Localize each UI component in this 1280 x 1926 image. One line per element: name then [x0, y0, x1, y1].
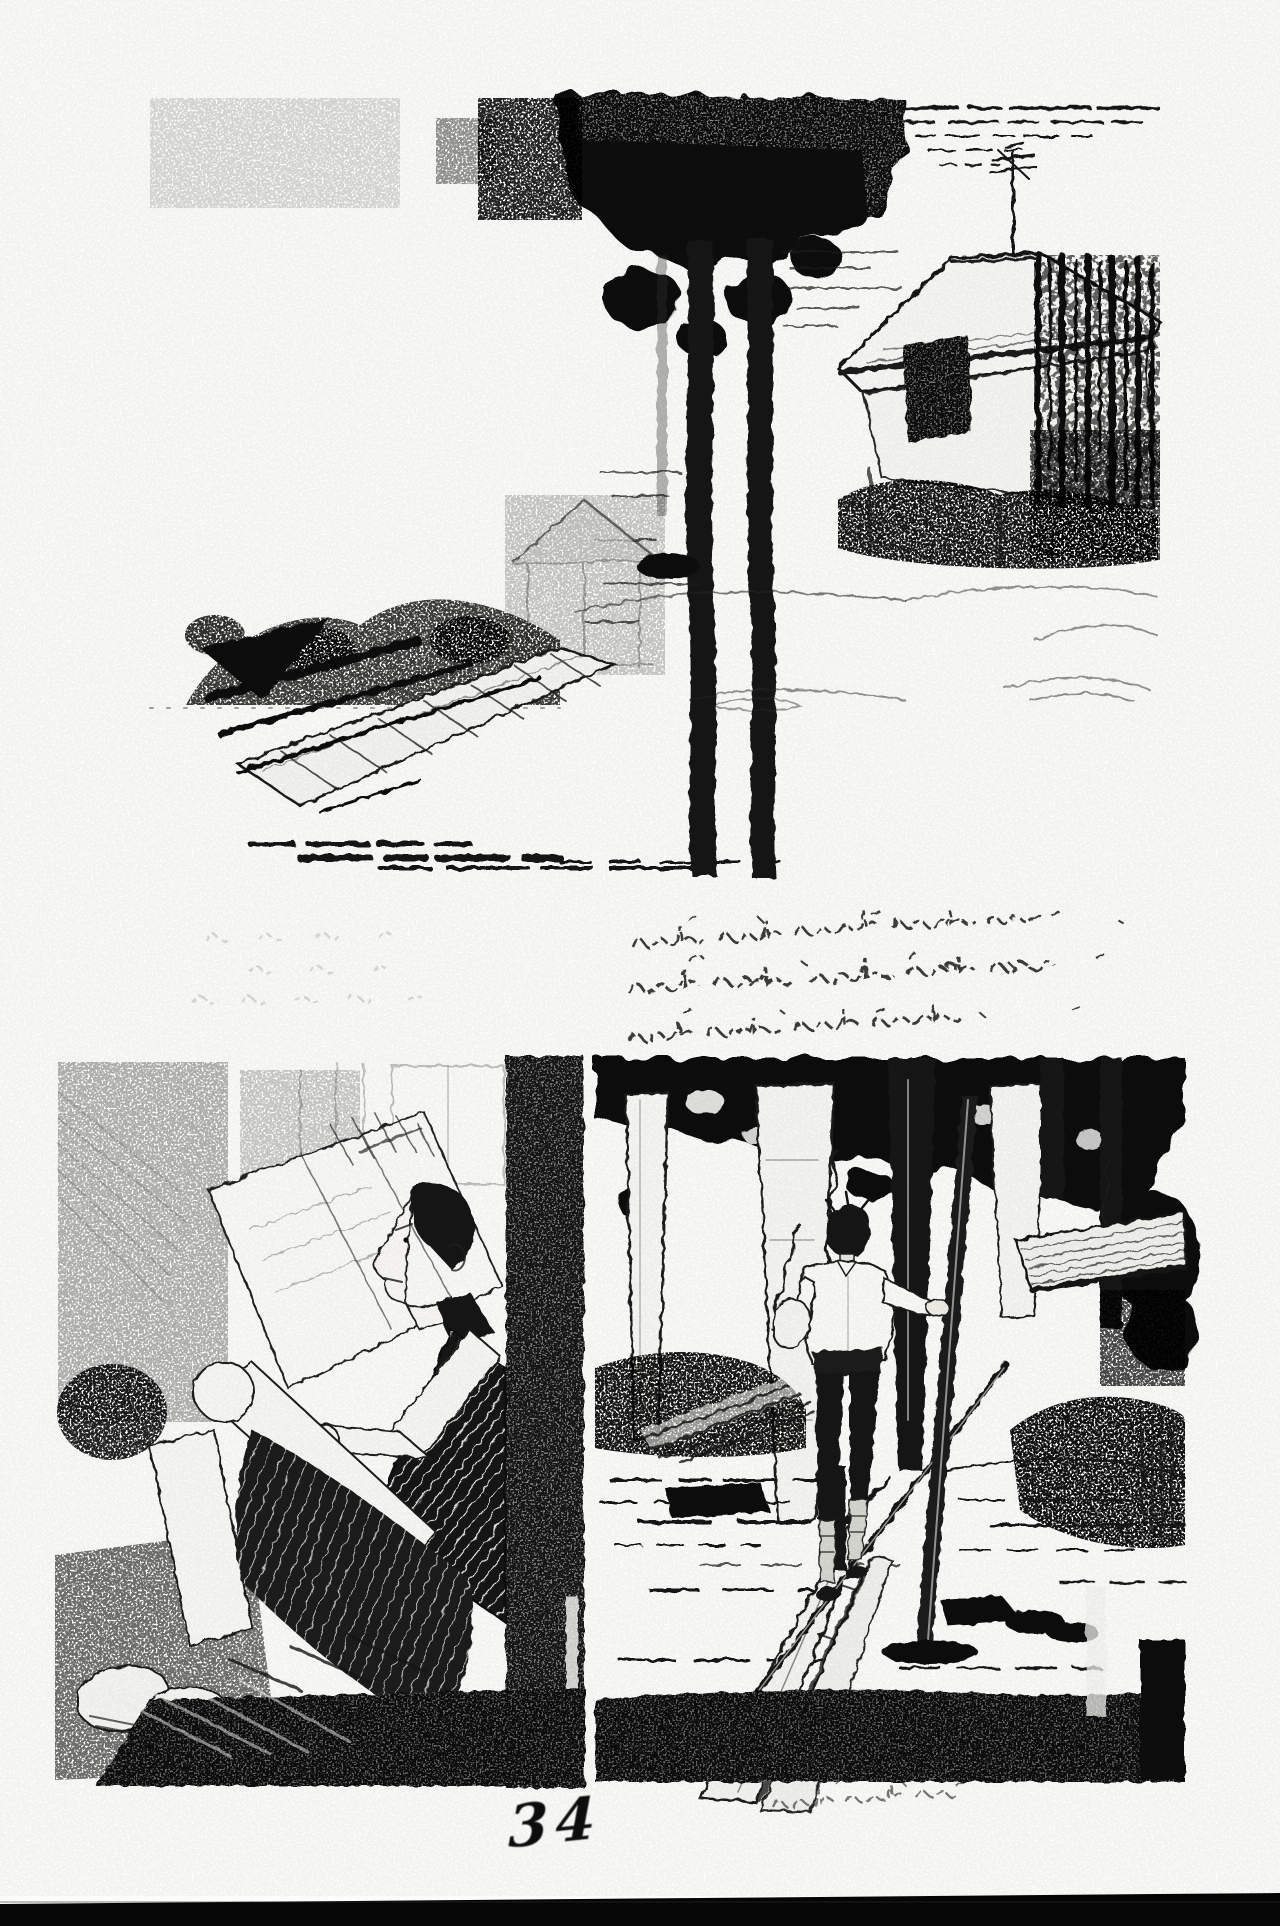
- photocopy-noise: [0, 0, 1280, 1896]
- page-number: 34: [508, 1783, 602, 1861]
- page-artwork: [0, 0, 1280, 1926]
- scanned-comic-page: ผมจำได้ทุกซอกทุกมุมแถวบ้านเรานี่ ผ่านมาก…: [0, 0, 1280, 1926]
